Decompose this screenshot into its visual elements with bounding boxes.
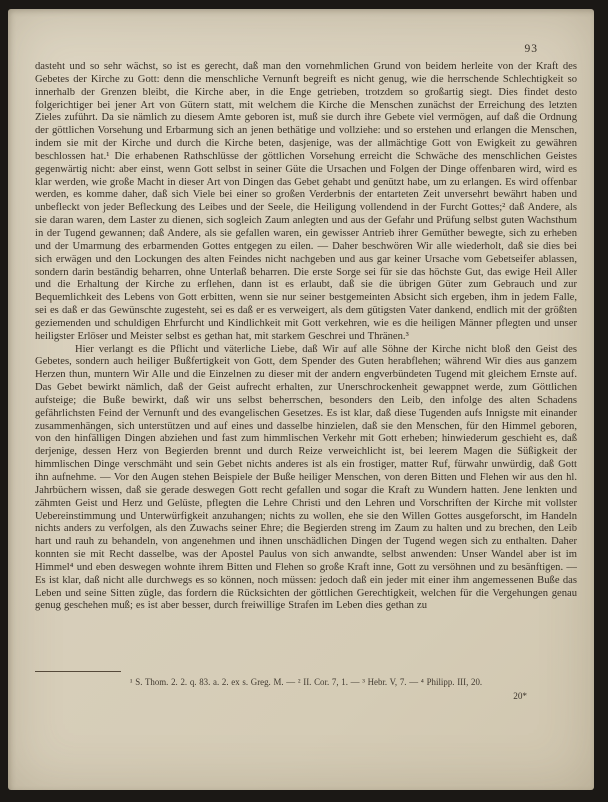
paragraph-continuation: dasteht und so sehr wächst, so ist es ge… (35, 61, 577, 344)
footnote-block: ¹ S. Thom. 2. 2. q. 83. a. 2. ex s. Greg… (35, 671, 577, 701)
page-body-text: dasteht und so sehr wächst, so ist es ge… (35, 61, 577, 663)
page-number: 93 (525, 43, 539, 55)
footnote-divider (35, 671, 121, 672)
signature-mark: 20* (35, 691, 577, 701)
book-page: 93 dasteht und so sehr wächst, so ist es… (8, 9, 594, 790)
paragraph-new: Hier verlangt es die Pflicht und väterli… (35, 344, 577, 614)
scanned-page-background: 93 dasteht und so sehr wächst, so ist es… (0, 0, 608, 802)
footnote-text: ¹ S. Thom. 2. 2. q. 83. a. 2. ex s. Greg… (35, 677, 577, 688)
